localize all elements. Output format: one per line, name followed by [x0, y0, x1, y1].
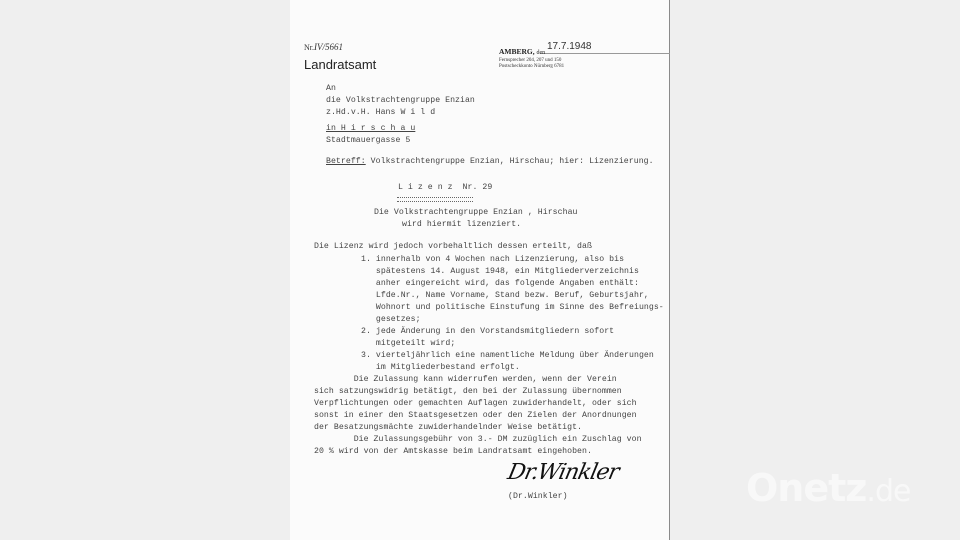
- condition-line: gesetzes;: [361, 315, 421, 324]
- phone-numbers: Fernsprecher 204, 207 und 150: [499, 58, 561, 63]
- address-city: in H i r s c h a u: [326, 124, 415, 133]
- condition-line: im Mitgliederbestand erfolgt.: [361, 363, 520, 372]
- fee-line: Die Zulassungsgebühr von 3.- DM zuzüglic…: [314, 435, 642, 444]
- license-title: L i z e n z Nr. 29: [398, 183, 492, 192]
- revocation-line: der Besatzungsmächte zuwiderhandelnder W…: [314, 423, 582, 432]
- date-underline: [540, 53, 670, 54]
- revocation-line: Verpflichtungen oder gemachten Auflagen …: [314, 399, 637, 408]
- address-line: An: [326, 84, 336, 93]
- license-line: Die Volkstrachtengruppe Enzian , Hirscha…: [374, 208, 578, 217]
- subject-line: Betreff: Volkstrachtengruppe Enzian, Hir…: [326, 157, 654, 166]
- letter-date: 17.7.1948: [547, 41, 592, 52]
- condition-line: 3. vierteljährlich eine namentliche Meld…: [361, 351, 654, 360]
- handwritten-signature: Dr.Winkler: [505, 460, 620, 485]
- postal-account: Postscheckkonto Nürnberg 6781: [499, 64, 564, 69]
- revocation-line: sonst in einer den Staatsgesetzen oder d…: [314, 411, 637, 420]
- condition-line: 1. innerhalb von 4 Wochen nach Lizenzier…: [361, 255, 624, 264]
- typed-signature: (Dr.Winkler): [508, 492, 568, 501]
- condition-line: anher eingereicht wird, das folgende Ang…: [361, 279, 639, 288]
- reference-number: Nr.IV/5661: [304, 42, 343, 52]
- revocation-line: sich satzungswidrig betätigt, den bei de…: [314, 387, 622, 396]
- document-page: Nr.IV/5661 Landratsamt 17.7.1948 AMBERG,…: [290, 0, 670, 540]
- conditions-intro: Die Lizenz wird jedoch vorbehaltlich des…: [314, 242, 592, 251]
- address-line: z.Hd.v.H. Hans W i l d: [326, 108, 435, 117]
- subject-text: Volkstrachtengruppe Enzian, Hirschau; hi…: [366, 157, 654, 166]
- license-line: wird hiermit lizenziert.: [402, 220, 521, 229]
- condition-line: Lfde.Nr., Name Vorname, Stand bezw. Beru…: [361, 291, 649, 300]
- subject-label: Betreff:: [326, 157, 366, 166]
- condition-line: Wohnort und politische Einstufung im Sin…: [361, 303, 664, 312]
- revocation-line: Die Zulassung kann widerrufen werden, we…: [314, 375, 617, 384]
- address-street: Stadtmauergasse 5: [326, 136, 410, 145]
- license-title-underline: [397, 197, 473, 202]
- address-line: die Volkstrachtengruppe Enzian: [326, 96, 475, 105]
- condition-line: spätestens 14. August 1948, ein Mitglied…: [361, 267, 639, 276]
- letter-place: AMBERG, den: [499, 47, 545, 56]
- condition-line: mitgeteilt wird;: [361, 339, 455, 348]
- onetz-watermark-logo: Onetz.de: [746, 466, 910, 510]
- fee-line: 20 % wird von der Amtskasse beim Landrat…: [314, 447, 592, 456]
- issuing-office: Landratsamt: [304, 57, 376, 72]
- condition-line: 2. jede Änderung in den Vorstandsmitglie…: [361, 327, 614, 336]
